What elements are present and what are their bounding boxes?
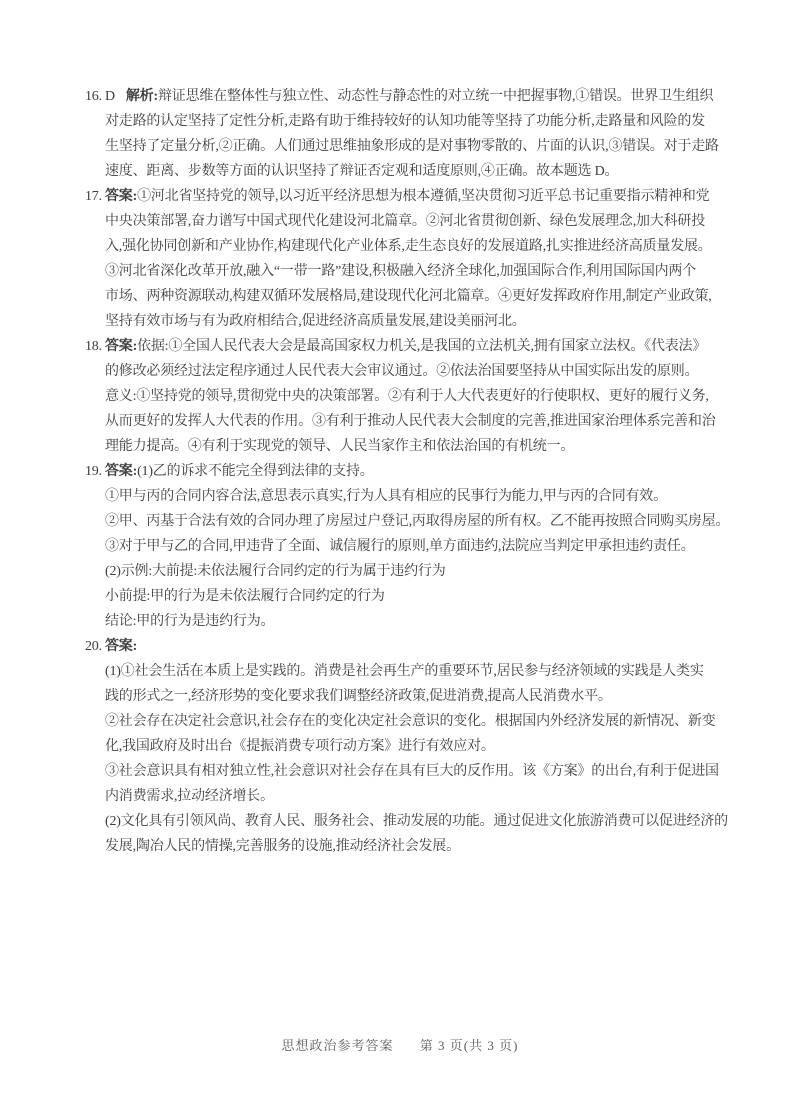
answer-text-line: 发展,陶冶人民的情操,完善服务的设施,推动经济社会发展。 [85, 834, 755, 859]
answer-text-line: 结论:甲的行为是违约行为。 [85, 609, 755, 634]
answer-label: 答案: [105, 464, 137, 479]
answer-text: ①河北省坚持党的领导,以习近平经济思想为根本遵循,坚决贯彻习近平总书记重要指示精… [137, 189, 709, 204]
answer-text-line: ③社会意识具有相对独立性,社会意识对社会存在具有巨大的反作用。该《方案》的出台,… [85, 759, 755, 784]
question-number: 20. [85, 634, 105, 659]
answer-text-line: 小前提:甲的行为是未依法履行合同约定的行为 [85, 584, 755, 609]
answer-text-line: ②社会存在决定社会意识,社会存在的变化决定社会意识的变化。根据国内外经济发展的新… [85, 709, 755, 734]
answers-content: 16.D解析:辩证思维在整体性与独立性、动态性与静态性的对立统一中把握事物,①错… [85, 84, 755, 859]
footer-page-number: 第 3 页(共 3 页) [420, 1038, 519, 1053]
answer-text-line: 理能力提高。④有利于实现党的领导、人民当家作主和依法治国的有机统一。 [85, 434, 755, 459]
answer-text-line: 对走路的认定坚持了定性分析,走路有助于维持较好的认知功能等坚持了功能分析,走路量… [85, 109, 755, 134]
answer-text-line: ②甲、丙基于合法有效的合同办理了房屋过户登记,丙取得房屋的所有权。乙不能再按照合… [85, 509, 755, 534]
answer-first-line: 16.D解析:辩证思维在整体性与独立性、动态性与静态性的对立统一中把握事物,①错… [85, 84, 755, 109]
answer-sheet-page: 16.D解析:辩证思维在整体性与独立性、动态性与静态性的对立统一中把握事物,①错… [0, 0, 800, 1115]
answer-text-line: 入,强化协同创新和产业协作,构建现代化产业体系,走生态良好的发展道路,扎实推进经… [85, 234, 755, 259]
answer-text-line: (2)示例:大前提:未依法履行合同约定的行为属于违约行为 [85, 559, 755, 584]
answer-label: 答案: [105, 639, 137, 654]
answer-text: 辩证思维在整体性与独立性、动态性与静态性的对立统一中把握事物,①错误。世界卫生组… [158, 89, 713, 104]
answer-first-line: 20.答案: [85, 634, 755, 659]
answer-text-line: 中央决策部署,奋力谱写中国式现代化建设河北篇章。②河北省贯彻创新、绿色发展理念,… [85, 209, 755, 234]
answer-text-line: 意义:①坚持党的领导,贯彻党中央的决策部署。②有利于人大代表更好的行使职权、更好… [85, 384, 755, 409]
answer-text: 依据:①全国人民代表大会是最高国家权力机关,是我国的立法机关,拥有国家立法权。《… [137, 339, 706, 354]
question-number: 19. [85, 459, 105, 484]
answer-item: 16.D解析:辩证思维在整体性与独立性、动态性与静态性的对立统一中把握事物,①错… [85, 84, 755, 184]
answer-text-line: ③河北省深化改革开放,融入“一带一路”建设,积极融入经济全球化,加强国际合作,利… [85, 259, 755, 284]
answer-letter: D [105, 84, 115, 109]
answer-first-line: 18.答案:依据:①全国人民代表大会是最高国家权力机关,是我国的立法机关,拥有国… [85, 334, 755, 359]
answer-text-line: 市场、两种资源联动,构建双循环发展格局,建设现代化河北篇章。④更好发挥政府作用,… [85, 284, 755, 309]
page-footer: 思想政治参考答案 第 3 页(共 3 页) [0, 1036, 800, 1056]
answer-first-line: 17.答案:①河北省坚持党的领导,以习近平经济思想为根本遵循,坚决贯彻习近平总书… [85, 184, 755, 209]
answer-text-line: (1)①社会生活在本质上是实践的。消费是社会再生产的重要环节,居民参与经济领域的… [85, 659, 755, 684]
question-number: 17. [85, 184, 105, 209]
answer-label: 答案: [105, 189, 137, 204]
answer-text-line: 的修改必须经过法定程序通过人民代表大会审议通过。②依法治国要坚持从中国实际出发的… [85, 359, 755, 384]
answer-text-line: 生坚持了定量分析,②正确。人们通过思维抽象形成的是对事物零散的、片面的认识,③错… [85, 134, 755, 159]
answer-text-line: 践的形式之一,经济形势的变化要求我们调整经济政策,促进消费,提高人民消费水平。 [85, 684, 755, 709]
question-number: 16. [85, 84, 105, 109]
answer-item: 18.答案:依据:①全国人民代表大会是最高国家权力机关,是我国的立法机关,拥有国… [85, 334, 755, 459]
footer-document-title: 思想政治参考答案 [282, 1038, 394, 1053]
answer-text-line: ③对于甲与乙的合同,甲违背了全面、诚信履行的原则,单方面违约,法院应当判定甲承担… [85, 534, 755, 559]
answer-item: 20.答案:(1)①社会生活在本质上是实践的。消费是社会再生产的重要环节,居民参… [85, 634, 755, 859]
answer-label: 解析: [126, 89, 158, 104]
answer-item: 17.答案:①河北省坚持党的领导,以习近平经济思想为根本遵循,坚决贯彻习近平总书… [85, 184, 755, 334]
answer-text-line: 内消费需求,拉动经济增长。 [85, 784, 755, 809]
answer-label: 答案: [105, 339, 137, 354]
answer-text: (1)乙的诉求不能完全得到法律的支持。 [137, 464, 374, 479]
answer-text-line: ①甲与丙的合同内容合法,意思表示真实,行为人具有相应的民事行为能力,甲与丙的合同… [85, 484, 755, 509]
answer-text-line: 速度、距离、步数等方面的认识坚持了辩证否定观和适度原则,④正确。故本题选 D。 [85, 159, 755, 184]
answer-text-line: 坚持有效市场与有为政府相结合,促进经济高质量发展,建设美丽河北。 [85, 309, 755, 334]
answer-text-line: 化,我国政府及时出台《提振消费专项行动方案》进行有效应对。 [85, 734, 755, 759]
answer-text-line: 从而更好的发挥人大代表的作用。③有利于推动人民代表大会制度的完善,推进国家治理体… [85, 409, 755, 434]
question-number: 18. [85, 334, 105, 359]
answer-first-line: 19.答案:(1)乙的诉求不能完全得到法律的支持。 [85, 459, 755, 484]
answer-item: 19.答案:(1)乙的诉求不能完全得到法律的支持。①甲与丙的合同内容合法,意思表… [85, 459, 755, 634]
answer-text-line: (2)文化具有引领风尚、教育人民、服务社会、推动发展的功能。通过促进文化旅游消费… [85, 809, 755, 834]
